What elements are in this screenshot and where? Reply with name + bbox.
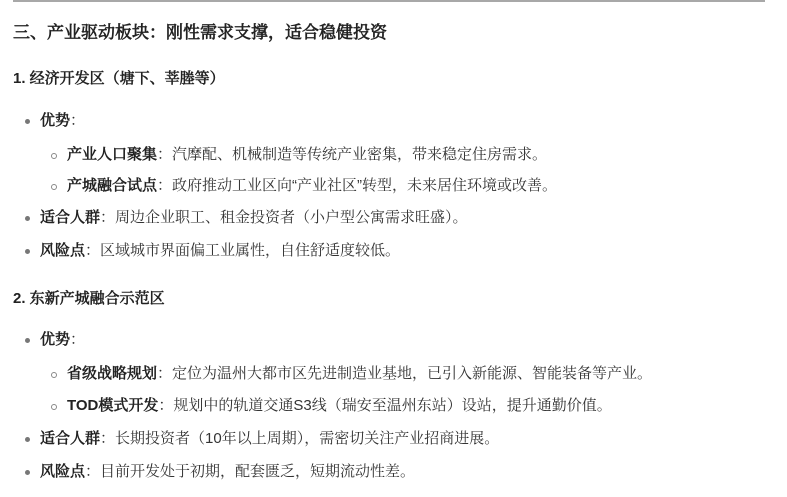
list-item-advantage-2-2: TOD模式开发：规划中的轨道交通S3线（瑞安至温州东站）设站，提升通勤价值。 [67,395,612,417]
bullet-icon [25,470,30,475]
bullet-icon [25,119,30,124]
circle-bullet-icon [51,153,57,159]
bullet-icon [25,437,30,442]
section-divider [13,0,765,2]
section-title: 三、产业驱动板块：刚性需求支撑，适合稳健投资 [13,20,387,46]
list-item-advantage-1-1: 产业人口聚集：汽摩配、机械制造等传统产业密集，带来稳定住房需求。 [67,144,547,166]
list-item-advantage-1-2: 产城融合试点：政府推动工业区向“产业社区”转型，未来居住环境或改善。 [67,175,557,197]
bullet-icon [25,216,30,221]
list-item-advantage-2-1: 省级战略规划：定位为温州大都市区先进制造业基地，已引入新能源、智能装备等产业。 [67,363,652,385]
area-title-2: 2. 东新产城融合示范区 [13,288,165,310]
list-item-audience-2: 适合人群：长期投资者（10年以上周期），需密切关注产业招商进展。 [40,428,499,450]
list-item-advantages-2: 优势： [40,329,85,351]
circle-bullet-icon [51,404,57,410]
bullet-icon [25,338,30,343]
circle-bullet-icon [51,372,57,378]
circle-bullet-icon [51,184,57,190]
list-item-advantages-1: 优势： [40,110,85,132]
list-item-risk-2: 风险点：目前开发处于初期，配套匮乏，短期流动性差。 [40,461,415,483]
list-item-risk-1: 风险点：区域城市界面偏工业属性，自住舒适度较低。 [40,240,400,262]
area-title-1: 1. 经济开发区（塘下、莘塍等） [13,68,225,90]
bullet-icon [25,249,30,254]
list-item-audience-1: 适合人群：周边企业职工、租金投资者（小户型公寓需求旺盛）。 [40,207,468,229]
